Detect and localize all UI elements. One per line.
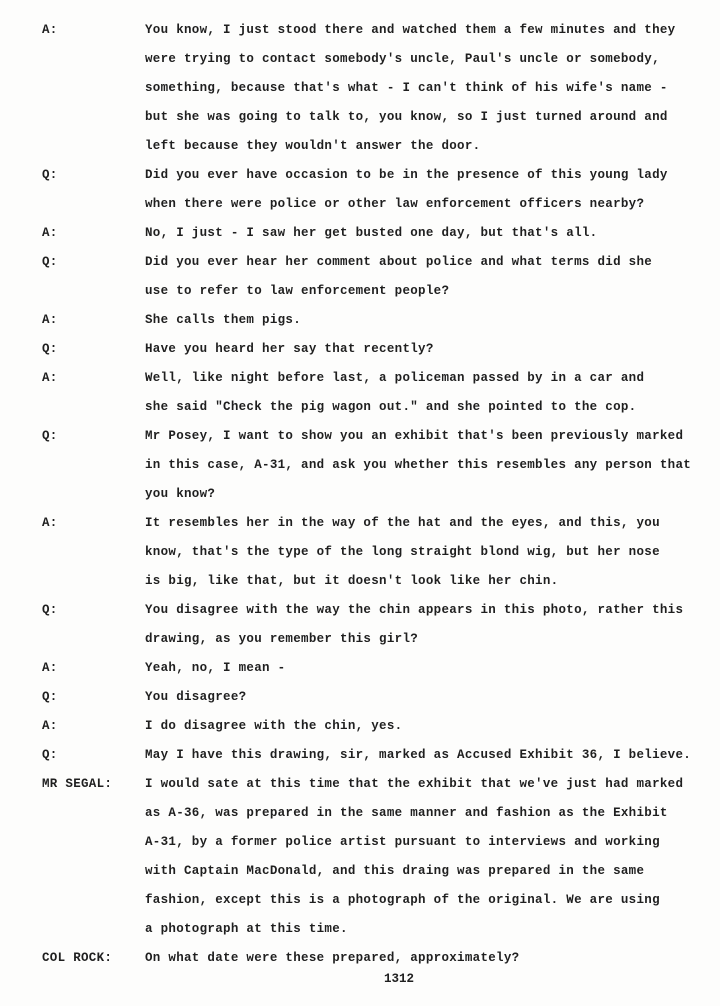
entry-text: It resembles her in the way of the hat a… [145, 509, 720, 596]
text-line: she said "Check the pig wagon out." and … [145, 393, 720, 422]
entry-text: I would sate at this time that the exhib… [145, 770, 720, 944]
transcript-entry: Q: Have you heard her say that recently? [42, 335, 720, 364]
transcript-entry: A: It resembles her in the way of the ha… [42, 509, 720, 596]
entry-text: You disagree? [145, 683, 720, 712]
text-line: On what date were these prepared, approx… [145, 944, 720, 973]
entry-text: Did you ever have occasion to be in the … [145, 161, 720, 219]
text-line: in this case, A-31, and ask you whether … [145, 451, 720, 480]
speaker-label: Q: [42, 248, 145, 277]
transcript-content: A: You know, I just stood there and watc… [0, 0, 720, 973]
text-line: You disagree with the way the chin appea… [145, 596, 720, 625]
text-line: It resembles her in the way of the hat a… [145, 509, 720, 538]
text-line: No, I just - I saw her get busted one da… [145, 219, 720, 248]
transcript-entry: Q: May I have this drawing, sir, marked … [42, 741, 720, 770]
text-line: know, that's the type of the long straig… [145, 538, 720, 567]
transcript-entry: COL ROCK: On what date were these prepar… [42, 944, 720, 973]
speaker-label: A: [42, 509, 145, 538]
transcript-entry: Q: Mr Posey, I want to show you an exhib… [42, 422, 720, 509]
transcript-entry: Q: You disagree? [42, 683, 720, 712]
text-line: left because they wouldn't answer the do… [145, 132, 720, 161]
speaker-label: Q: [42, 741, 145, 770]
speaker-label: A: [42, 654, 145, 683]
speaker-label: A: [42, 712, 145, 741]
text-line: you know? [145, 480, 720, 509]
entry-text: I do disagree with the chin, yes. [145, 712, 720, 741]
speaker-label: A: [42, 16, 145, 45]
text-line: is big, like that, but it doesn't look l… [145, 567, 720, 596]
transcript-entry: A: You know, I just stood there and watc… [42, 16, 720, 161]
page-number: 1312 [0, 971, 720, 987]
speaker-label: A: [42, 364, 145, 393]
transcript-page: A: You know, I just stood there and watc… [0, 0, 720, 1006]
text-line: She calls them pigs. [145, 306, 720, 335]
text-line: a photograph at this time. [145, 915, 720, 944]
transcript-entry: MR SEGAL: I would sate at this time that… [42, 770, 720, 944]
text-line: Mr Posey, I want to show you an exhibit … [145, 422, 720, 451]
entry-text: Yeah, no, I mean - [145, 654, 720, 683]
text-line: drawing, as you remember this girl? [145, 625, 720, 654]
entry-text: She calls them pigs. [145, 306, 720, 335]
text-line: as A-36, was prepared in the same manner… [145, 799, 720, 828]
transcript-entry: A: No, I just - I saw her get busted one… [42, 219, 720, 248]
text-line: You know, I just stood there and watched… [145, 16, 720, 45]
transcript-entry: Q: Did you ever have occasion to be in t… [42, 161, 720, 219]
speaker-label: A: [42, 219, 145, 248]
speaker-label: Q: [42, 335, 145, 364]
speaker-label: Q: [42, 596, 145, 625]
speaker-label: Q: [42, 683, 145, 712]
speaker-label: A: [42, 306, 145, 335]
text-line: with Captain MacDonald, and this draing … [145, 857, 720, 886]
entry-text: Did you ever hear her comment about poli… [145, 248, 720, 306]
entry-text: You disagree with the way the chin appea… [145, 596, 720, 654]
transcript-entry: A: I do disagree with the chin, yes. [42, 712, 720, 741]
text-line: but she was going to talk to, you know, … [145, 103, 720, 132]
entry-text: On what date were these prepared, approx… [145, 944, 720, 973]
text-line: were trying to contact somebody's uncle,… [145, 45, 720, 74]
text-line: I do disagree with the chin, yes. [145, 712, 720, 741]
speaker-label: COL ROCK: [42, 944, 145, 973]
speaker-label: Q: [42, 422, 145, 451]
text-line: Did you ever hear her comment about poli… [145, 248, 720, 277]
entry-text: Have you heard her say that recently? [145, 335, 720, 364]
entry-text: Mr Posey, I want to show you an exhibit … [145, 422, 720, 509]
entry-text: May I have this drawing, sir, marked as … [145, 741, 720, 770]
text-line: You disagree? [145, 683, 720, 712]
entry-text: Well, like night before last, a policema… [145, 364, 720, 422]
transcript-entry: Q: Did you ever hear her comment about p… [42, 248, 720, 306]
text-line: use to refer to law enforcement people? [145, 277, 720, 306]
text-line: Did you ever have occasion to be in the … [145, 161, 720, 190]
transcript-entry: A: She calls them pigs. [42, 306, 720, 335]
speaker-label: Q: [42, 161, 145, 190]
speaker-label: MR SEGAL: [42, 770, 145, 799]
entry-text: No, I just - I saw her get busted one da… [145, 219, 720, 248]
text-line: fashion, except this is a photograph of … [145, 886, 720, 915]
text-line: Well, like night before last, a policema… [145, 364, 720, 393]
text-line: I would sate at this time that the exhib… [145, 770, 720, 799]
text-line: something, because that's what - I can't… [145, 74, 720, 103]
text-line: May I have this drawing, sir, marked as … [145, 741, 720, 770]
entry-text: You know, I just stood there and watched… [145, 16, 720, 161]
text-line: Yeah, no, I mean - [145, 654, 720, 683]
transcript-entry: A: Yeah, no, I mean - [42, 654, 720, 683]
text-line: when there were police or other law enfo… [145, 190, 720, 219]
text-line: Have you heard her say that recently? [145, 335, 720, 364]
text-line: A-31, by a former police artist pursuant… [145, 828, 720, 857]
transcript-entry: Q: You disagree with the way the chin ap… [42, 596, 720, 654]
transcript-entry: A: Well, like night before last, a polic… [42, 364, 720, 422]
